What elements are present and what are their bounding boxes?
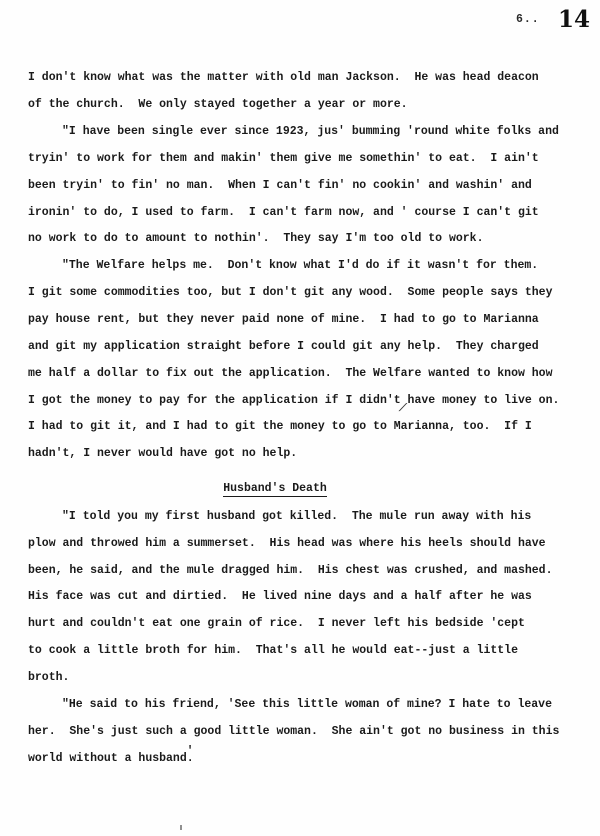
text-line: broth. <box>28 664 588 691</box>
text-line: no work to do to amount to nothin'. They… <box>28 226 588 253</box>
text-line: me half a dollar to fix out the applicat… <box>28 360 588 387</box>
text-line: world without a husband.' <box>28 745 588 772</box>
text-line: been tryin' to fin' no man. When I can't… <box>28 172 588 199</box>
text-line: her. She's just such a good little woman… <box>28 718 588 745</box>
text-line: "I have been single ever since 1923, jus… <box>28 118 588 145</box>
text-line: plow and throwed him a summerset. His he… <box>28 530 588 557</box>
text-line: ironin' to do, I used to farm. I can't f… <box>28 199 588 226</box>
folio-number: 6.. <box>516 13 540 26</box>
text-line: I got the money to pay for the applicati… <box>28 387 588 414</box>
text-line: "The Welfare helps me. Don't know what I… <box>28 252 588 279</box>
text-line: "He said to his friend, 'See this little… <box>28 691 588 718</box>
text-line: I don't know what was the matter with ol… <box>28 65 588 92</box>
stray-ink-mark <box>180 825 182 830</box>
document-page: 6.. 14 I don't know what was the matter … <box>0 0 600 836</box>
text-line: to cook a little broth for him. That's a… <box>28 637 588 664</box>
text-line: "I told you my first husband got killed.… <box>28 503 588 530</box>
text-line: pay house rent, but they never paid none… <box>28 306 588 333</box>
text-line: and git my application straight before I… <box>28 333 588 360</box>
page-number: 14 <box>558 6 590 33</box>
text-line: I git some commodities too, but I don't … <box>28 279 588 306</box>
text-line: tryin' to work for them and makin' them … <box>28 145 588 172</box>
section-heading: Husband's Death <box>28 476 522 503</box>
document-lines: I don't know what was the matter with ol… <box>28 65 588 772</box>
text-line: hadn't, I never would have got no help. <box>28 440 588 467</box>
text-line: His face was cut and dirtied. He lived n… <box>28 584 588 611</box>
text-line: been, he said, and the mule dragged him.… <box>28 557 588 584</box>
text-line: hurt and couldn't eat one grain of rice.… <box>28 610 588 637</box>
text-line: of the church. We only stayed together a… <box>28 91 588 118</box>
text-line: I had to git it, and I had to git the mo… <box>28 413 588 440</box>
